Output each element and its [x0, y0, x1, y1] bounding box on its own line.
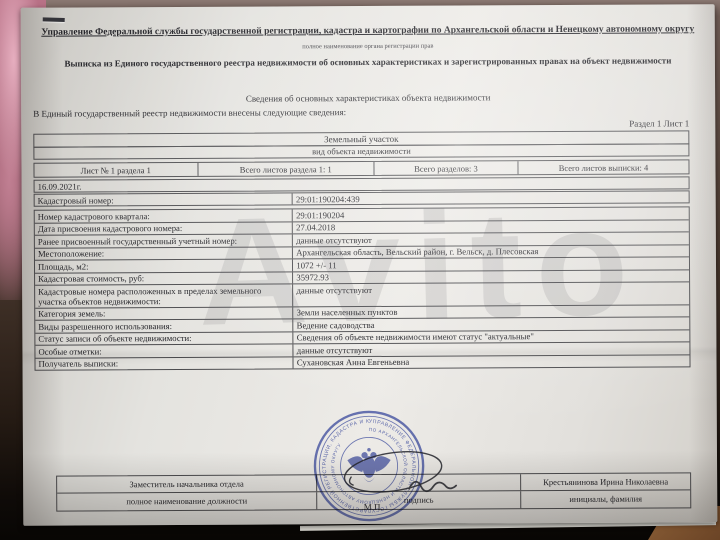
attribute-value: Сухановская Анна Евгеньевна	[294, 355, 690, 369]
sheet-cell-1: Лист № 1 раздела 1	[34, 163, 198, 177]
sheet-header-row: Лист № 1 раздела 1 Всего листов раздела …	[33, 159, 689, 177]
document-page: Управление Федеральной службы государств…	[21, 4, 718, 526]
table-row: Кадастровые номера расположенных в преде…	[35, 282, 689, 308]
table-row: Получатель выписки:Сухановская Анна Евге…	[35, 355, 689, 370]
attribute-value: данные отсутствуют	[293, 233, 689, 247]
attribute-label: Кадастровая стоимость, руб:	[35, 272, 293, 285]
attribute-label: Ранее присвоенный государственный учетны…	[35, 235, 293, 248]
attribute-value: Земли населенных пунктов	[294, 305, 690, 319]
sheet-cell-3: Всего разделов: 3	[375, 161, 519, 175]
attribute-value: данные отсутствуют	[294, 343, 690, 357]
attribute-label: Кадастровые номера расположенных в преде…	[35, 284, 293, 307]
sheet-cell-2: Всего листов раздела 1: 1	[198, 162, 375, 176]
attribute-label: Площадь, м2:	[35, 260, 293, 273]
sheet-cell-4: Всего листов выписки: 4	[518, 160, 688, 174]
attribute-label: Дата присвоения кадастрового номера:	[35, 222, 293, 235]
position-title-cell: Заместитель начальника отдела	[57, 475, 317, 492]
staple	[43, 17, 65, 22]
attribute-value: Архангельская область, Вельский район, г…	[293, 245, 689, 259]
attribute-label: Особые отметки:	[35, 345, 293, 358]
attribute-label: Местоположение:	[35, 247, 293, 260]
attribute-value: Сведения об объекте недвижимости имеют с…	[294, 330, 690, 344]
signer-name-cell: Крестьянинова Ирина Николаевна	[521, 473, 690, 490]
attribute-value: 1072 +/- 11	[293, 258, 689, 272]
registry-office-name: Управление Федеральной службы государств…	[31, 24, 705, 39]
attribute-label: Кадастровый номер:	[35, 193, 293, 206]
attribute-value: 29:01:190204	[293, 208, 689, 222]
section-sheet-label: Раздел 1 Лист 1	[629, 118, 689, 128]
section-title: Сведения об основных характеристиках объ…	[21, 91, 715, 105]
org-name-caption: полное наименование органа регистрации п…	[21, 41, 715, 52]
attribute-value: данные отсутствуют	[293, 282, 689, 306]
attribute-label: Номер кадастрового квартала:	[35, 210, 293, 223]
attribute-value: Ведение садоводства	[294, 318, 690, 332]
cadastral-number-row: Кадастровый номер: 29:01:190204:439	[34, 190, 690, 207]
attribute-label: Виды разрешенного использования:	[35, 320, 293, 333]
signer-caption-cell: инициалы, фамилия	[521, 490, 690, 508]
attributes-table: Номер кадастрового квартала:29:01:190204…	[34, 207, 691, 371]
attribute-label: Получатель выписки:	[35, 357, 293, 370]
main-tables: Земельный участок вид объекта недвижимос…	[33, 130, 690, 371]
position-caption-cell: полное наименование должности	[57, 492, 317, 510]
intro-line: В Единый государственный реестр недвижим…	[33, 107, 346, 119]
attribute-label: Статус записи об объекте недвижимости:	[35, 332, 293, 345]
handwritten-signature	[321, 442, 479, 505]
object-type-caption-cell: вид объекта недвижимости	[33, 143, 689, 159]
attribute-label: Категория земель:	[35, 307, 293, 320]
attribute-value: 27.04.2018	[293, 220, 689, 234]
attribute-value: 29:01:190204:439	[293, 191, 689, 205]
document-title: Выписка из Единого государственного реес…	[35, 55, 701, 68]
attribute-value: 35972.93	[293, 270, 689, 284]
